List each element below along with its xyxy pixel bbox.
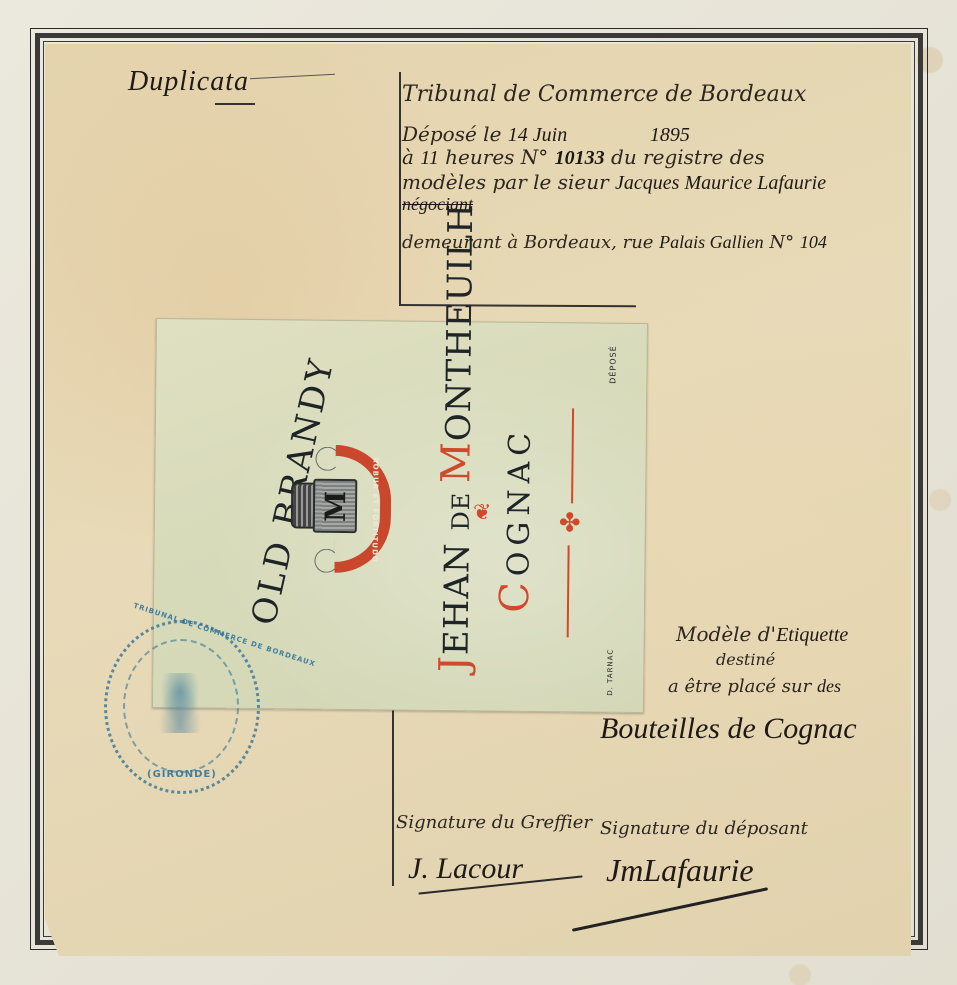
deposit-prefix: Déposé le [402,122,501,146]
description-line-3: a être placé sur des [668,676,841,697]
product-name: COGNAC [492,426,540,613]
ruled-line [399,72,401,304]
registry-title: Tribunal de Commerce de Bordeaux [402,82,806,107]
document-heading: Duplicata [128,66,249,98]
red-rule [571,408,574,503]
deposit-date-line: Déposé le 14 Juin 1895 [402,122,690,147]
stamp-bottom-text: (GIRONDE) [147,769,217,780]
description-line-2: destiné [716,650,775,669]
number-prefix: N° [769,232,794,253]
deposit-year: 1895 [650,124,690,146]
street: Palais Gallien [659,232,764,252]
brand-name: JEHAN DE MONTHEUILH [431,203,482,673]
description-fill: Etiquette [776,624,848,646]
crest-emblem: M ROBUR ET FORTITUDO [292,440,383,581]
deposit-date: 14 Juin [508,124,567,146]
greffier-signature-label: Signature du Greffier [396,812,592,833]
stamp-emblem-icon [155,673,205,733]
red-rule [567,545,570,637]
hour-prefix: à [402,145,414,169]
heading-underline [215,103,255,105]
registered-mark: DÉPOSÉ [608,345,617,384]
quatrefoil-ornament-icon: ✤ [559,510,581,536]
deposit-hour-line: à 11 heures N° 10133 du registre des [402,145,765,170]
depositor-name: Jacques Maurice Lafaurie [615,172,826,194]
deposit-hour: 11 [420,147,439,169]
registry-suffix: du registre des [611,145,765,169]
printer-credit: D. TARNAC [606,649,614,696]
description-line-4: Bouteilles de Cognac [600,712,857,746]
deposant-signature-label: Signature du déposant [600,818,808,839]
depositor-line: modèles par le sieur Jacques Maurice Laf… [402,170,826,195]
greffier-signature: J. Lacour [408,852,523,886]
deposant-signature: JmLafaurie [606,852,754,889]
ruled-line [392,706,394,886]
motto-ribbon [334,445,391,574]
registry-number: 10133 [555,147,605,169]
description-line-1: Modèle d'Etiquette [676,622,848,647]
tower-crown-icon [291,482,315,528]
court-stamp: TRIBUNAL DE COMMERCE DE BORDEAUX (GIROND… [104,620,260,794]
street-number: 104 [800,232,827,252]
hour-suffix: heures N° [445,145,548,169]
motto-text: ROBUR ET FORTITUDO [370,457,379,563]
fleuron-ornament-icon: ❦ [473,502,492,524]
models-by: modèles par le sieur [402,170,609,194]
